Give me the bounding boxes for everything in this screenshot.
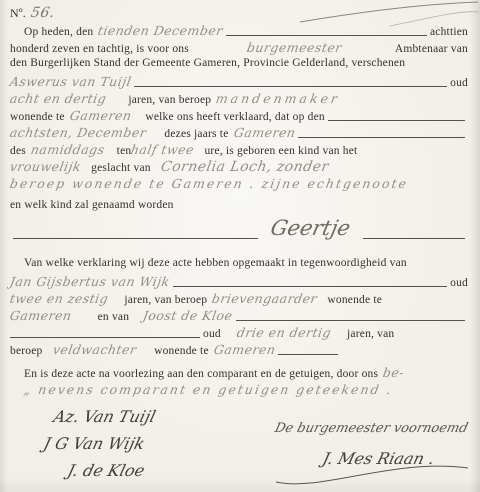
form-text: den Burgerlijken Stand der Gemeente Game… bbox=[10, 57, 405, 69]
closing-hand-be: be- bbox=[382, 365, 406, 380]
form-text: jaren, van beroep bbox=[124, 294, 207, 306]
form-text: welke ons heeft verklaard, dat op den bbox=[145, 111, 325, 123]
blank-rule bbox=[13, 238, 258, 239]
birth-place: Gameren bbox=[232, 125, 296, 140]
declarant-occupation: mandenmaker bbox=[215, 91, 342, 106]
form-text: dezes jaars te bbox=[164, 128, 228, 140]
line-birthdate: achtsten, December dezes jaars te Gamere… bbox=[10, 125, 468, 142]
declarant-name: Aswerus van Tuijl bbox=[9, 74, 133, 89]
line-municipality: den Burgerlijken Stand der Gemeente Game… bbox=[10, 57, 468, 74]
blank-rule bbox=[298, 137, 465, 138]
witness2-residence: Gameren bbox=[212, 342, 276, 357]
declarant-age: acht en dertig bbox=[9, 91, 108, 106]
witness1-residence: Gameren bbox=[9, 308, 73, 323]
witness1-name: Jan Gijsbertus van Wijk bbox=[9, 274, 171, 289]
form-text: Van welke verklaring wij deze acte hebbe… bbox=[24, 257, 407, 269]
line-witness1: Jan Gijsbertus van Wijk oud bbox=[10, 274, 468, 291]
line-witness2-age: oud drie en dertig jaren, van bbox=[10, 325, 468, 342]
form-text: Op heden, den bbox=[24, 26, 93, 38]
mother-name: Cornelia Loch, zonder bbox=[159, 159, 329, 175]
registrar-signature-title: De burgemeester voornoemd bbox=[274, 421, 470, 436]
form-text: oud bbox=[450, 77, 468, 89]
birth-certificate-scan: Nº. 56. Op heden, den tienden December a… bbox=[0, 0, 480, 492]
signatures-right: De burgemeester voornoemd J. Mes Riaan . bbox=[275, 407, 468, 488]
signature-declarant: Az. Van Tuijl bbox=[52, 407, 158, 426]
line-closing-hand: „ nevens comparant en getuigen geteekend… bbox=[10, 382, 468, 399]
form-text: jaren, van beroep bbox=[128, 94, 211, 106]
form-text: honderd zeven en tachtig, is voor ons bbox=[10, 43, 189, 55]
blank-rule bbox=[363, 238, 465, 239]
form-text: Ambtenaar van bbox=[395, 43, 468, 55]
form-text: En is deze acte na voorlezing aan den co… bbox=[24, 368, 378, 380]
blank-rule bbox=[10, 337, 200, 338]
child-name: Geertje bbox=[258, 216, 362, 240]
line-gender-mother: vrouwelijk geslacht van Cornelia Loch, z… bbox=[10, 159, 468, 176]
birth-hour: half twee bbox=[130, 142, 196, 157]
form-text: oud bbox=[203, 328, 221, 340]
form-text: en van bbox=[98, 311, 130, 323]
line-date: Op heden, den tienden December achttien bbox=[10, 23, 468, 40]
blank-rule bbox=[134, 86, 447, 87]
declaration-date: tienden December bbox=[97, 23, 225, 38]
birth-daypart: namiddags bbox=[30, 142, 106, 157]
form-text: oud bbox=[450, 277, 468, 289]
declarant-residence: Gameren bbox=[68, 108, 132, 123]
form-text: ure, is geboren een kind van het bbox=[204, 145, 357, 157]
form-text: en welk kind zal genaamd worden bbox=[10, 199, 174, 211]
witness2-age: drie en dertig bbox=[236, 325, 333, 340]
line-witness2-details: beroep veldwachter wonende te Gameren bbox=[10, 342, 468, 359]
line-declarant: Aswerus van Tuijl oud bbox=[10, 74, 468, 91]
registrar-title: burgemeester bbox=[193, 40, 397, 55]
blank-rule bbox=[173, 286, 447, 287]
act-number-value: 56. bbox=[30, 5, 57, 21]
signature-registrar: J. Mes Riaan . bbox=[321, 449, 437, 468]
act-number-label: Nº. bbox=[10, 6, 26, 21]
blank-rule bbox=[278, 354, 338, 355]
form-text: wonende te bbox=[10, 111, 65, 123]
form-text: achttien bbox=[430, 26, 468, 38]
line-declarant-residence: wonende te Gameren welke ons heeft verkl… bbox=[10, 108, 468, 125]
mother-details: beroep wonende te Gameren . zijne echtge… bbox=[9, 176, 410, 191]
line-witness-intro: Van welke verklaring wij deze acte hebbe… bbox=[10, 257, 468, 274]
witness2-name: Joost de Kloe bbox=[142, 308, 234, 323]
signatures-left: Az. Van Tuijl J G Van Wijk J. de Kloe bbox=[10, 407, 275, 488]
line-closing: En is deze acte na voorlezing aan den co… bbox=[10, 365, 468, 382]
act-number-line: Nº. 56. bbox=[10, 5, 468, 23]
blank-rule bbox=[226, 35, 427, 36]
witness1-occupation: brievengaarder bbox=[211, 291, 319, 306]
line-childname-label: en welk kind zal genaamd worden bbox=[10, 199, 468, 216]
blank-rule bbox=[328, 120, 465, 121]
form-text: wonende te bbox=[327, 294, 382, 306]
line-birth-time: des namiddags ten half twee ure, is gebo… bbox=[10, 142, 468, 159]
line-declarant-age: acht en dertig jaren, van beroep mandenm… bbox=[10, 91, 468, 108]
line-witness1-details: twee en zestig jaren, van beroep brieven… bbox=[10, 291, 468, 308]
line-mother-cont: beroep wonende te Gameren . zijne echtge… bbox=[10, 176, 468, 193]
form-text: jaren, van bbox=[347, 328, 394, 340]
signature-witness1: J G Van Wijk bbox=[42, 434, 147, 453]
witness1-age: twee en zestig bbox=[9, 291, 110, 306]
form-text: beroep bbox=[10, 345, 43, 357]
line-childname: Geertje bbox=[10, 216, 468, 243]
blank-rule bbox=[236, 320, 465, 321]
form-text: wonende te bbox=[154, 345, 209, 357]
line-witness2: Gameren en van Joost de Kloe bbox=[10, 308, 468, 325]
signature-block: Az. Van Tuijl J G Van Wijk J. de Kloe De… bbox=[10, 407, 468, 488]
form-text: geslacht van bbox=[91, 162, 151, 174]
form-text: des bbox=[10, 145, 26, 157]
signature-witness2: J. de Kloe bbox=[66, 461, 147, 480]
line-year-official: honderd zeven en tachtig, is voor ons bu… bbox=[10, 40, 468, 57]
witness2-occupation: veldwachter bbox=[51, 342, 137, 357]
birth-date: achtsten, December bbox=[9, 125, 148, 140]
child-gender: vrouwelijk bbox=[9, 159, 83, 174]
closing-handwritten: „ nevens comparant en getuigen geteekend… bbox=[23, 382, 394, 397]
